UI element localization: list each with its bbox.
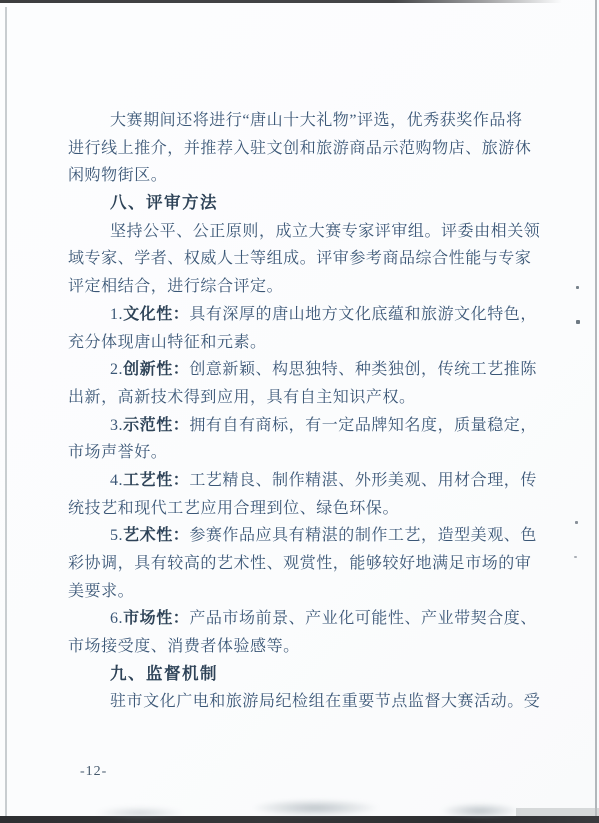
paragraph-line: 闲购物街区。 xyxy=(68,162,536,190)
scan-speck xyxy=(576,286,579,289)
scan-edge-top xyxy=(0,0,562,3)
paragraph-line: 坚持公平、公正原则，成立大赛专家评审组。评委由相关领 xyxy=(68,218,536,246)
paragraph-line: 统技艺和现代工艺应用合理到位、绿色环保。 xyxy=(68,495,536,523)
criterion-line-6: 6.市场性：产品市场前景、产业化可能性、产业带契合度、 xyxy=(68,605,536,633)
criterion-title: 创新性： xyxy=(123,361,189,378)
criterion-text: 拥有自有商标，有一定品牌知名度，质量稳定， xyxy=(189,417,537,434)
criterion-number: 4. xyxy=(110,472,123,489)
document-page: 大赛期间还将进行“唐山十大礼物”评选，优秀获奖作品将 进行线上推介，并推荐入驻文… xyxy=(0,0,599,823)
criterion-title: 市场性： xyxy=(123,610,189,627)
criterion-text: 具有深厚的唐山地方文化底蕴和旅游文化特色， xyxy=(189,306,537,323)
paragraph-line: 市场声誉好。 xyxy=(68,439,536,467)
criterion-line-3: 3.示范性：拥有自有商标，有一定品牌知名度，质量稳定， xyxy=(68,412,536,440)
paragraph-line: 大赛期间还将进行“唐山十大礼物”评选，优秀获奖作品将 xyxy=(68,107,536,135)
criterion-number: 6. xyxy=(110,610,123,627)
scan-smudge xyxy=(95,806,185,820)
criterion-number: 3. xyxy=(110,417,123,434)
criterion-line-4: 4.工艺性：工艺精良、制作精湛、外形美观、用材合理，传 xyxy=(68,467,536,495)
document-text-block: 大赛期间还将进行“唐山十大礼物”评选，优秀获奖作品将 进行线上推介，并推荐入驻文… xyxy=(68,107,536,716)
scan-smudge xyxy=(250,799,380,817)
paragraph-line: 彩协调，具有较高的艺术性、观赏性，能够较好地满足市场的审 xyxy=(68,550,536,578)
section-heading-8: 八、评审方法 xyxy=(68,190,536,218)
scan-speck xyxy=(576,320,580,324)
section-heading-9: 九、监督机制 xyxy=(68,661,536,689)
criterion-title: 工艺性： xyxy=(123,472,189,489)
criterion-title: 艺术性： xyxy=(123,527,189,544)
paragraph-line: 出新，高新技术得到应用，具有自主知识产权。 xyxy=(68,384,536,412)
criterion-text: 工艺精良、制作精湛、外形美观、用材合理，传 xyxy=(189,472,537,489)
criterion-line-5: 5.艺术性：参赛作品应具有精湛的制作工艺，造型美观、色 xyxy=(68,522,536,550)
paragraph-line: 域专家、学者、权威人士等组成。评审参考商品综合性能与专家 xyxy=(68,245,536,273)
criterion-number: 5. xyxy=(110,527,123,544)
paragraph-line: 市场接受度、消费者体验感等。 xyxy=(68,633,536,661)
criterion-number: 1. xyxy=(110,306,123,323)
criterion-text: 产品市场前景、产业化可能性、产业带契合度、 xyxy=(189,610,537,627)
criterion-title: 示范性： xyxy=(123,417,189,434)
paragraph-line: 充分体现唐山特征和元素。 xyxy=(68,329,536,357)
paragraph-line: 进行线上推介，并推荐入驻文创和旅游商品示范购物店、旅游休 xyxy=(68,135,536,163)
paragraph-line: 评定相结合，进行综合评定。 xyxy=(68,273,536,301)
criterion-text: 创意新颖、构思独特、种类独创，传统工艺推陈 xyxy=(189,361,537,378)
criterion-line-1: 1.文化性：具有深厚的唐山地方文化底蕴和旅游文化特色， xyxy=(68,301,536,329)
scan-speck xyxy=(574,556,577,558)
criterion-title: 文化性： xyxy=(123,306,189,323)
paragraph-line: 美要求。 xyxy=(68,578,536,606)
scan-edge-right xyxy=(595,0,597,823)
criterion-text: 参赛作品应具有精湛的制作工艺，造型美观、色 xyxy=(189,527,537,544)
page-number: -12- xyxy=(80,764,107,780)
criterion-line-2: 2.创新性：创意新颖、构思独特、种类独创，传统工艺推陈 xyxy=(68,356,536,384)
criterion-number: 2. xyxy=(110,361,123,378)
paragraph-line: 驻市文化广电和旅游局纪检组在重要节点监督大赛活动。受 xyxy=(68,688,536,716)
scan-smudge xyxy=(440,803,520,819)
scan-edge-left xyxy=(5,7,7,823)
scan-speck xyxy=(575,521,578,524)
